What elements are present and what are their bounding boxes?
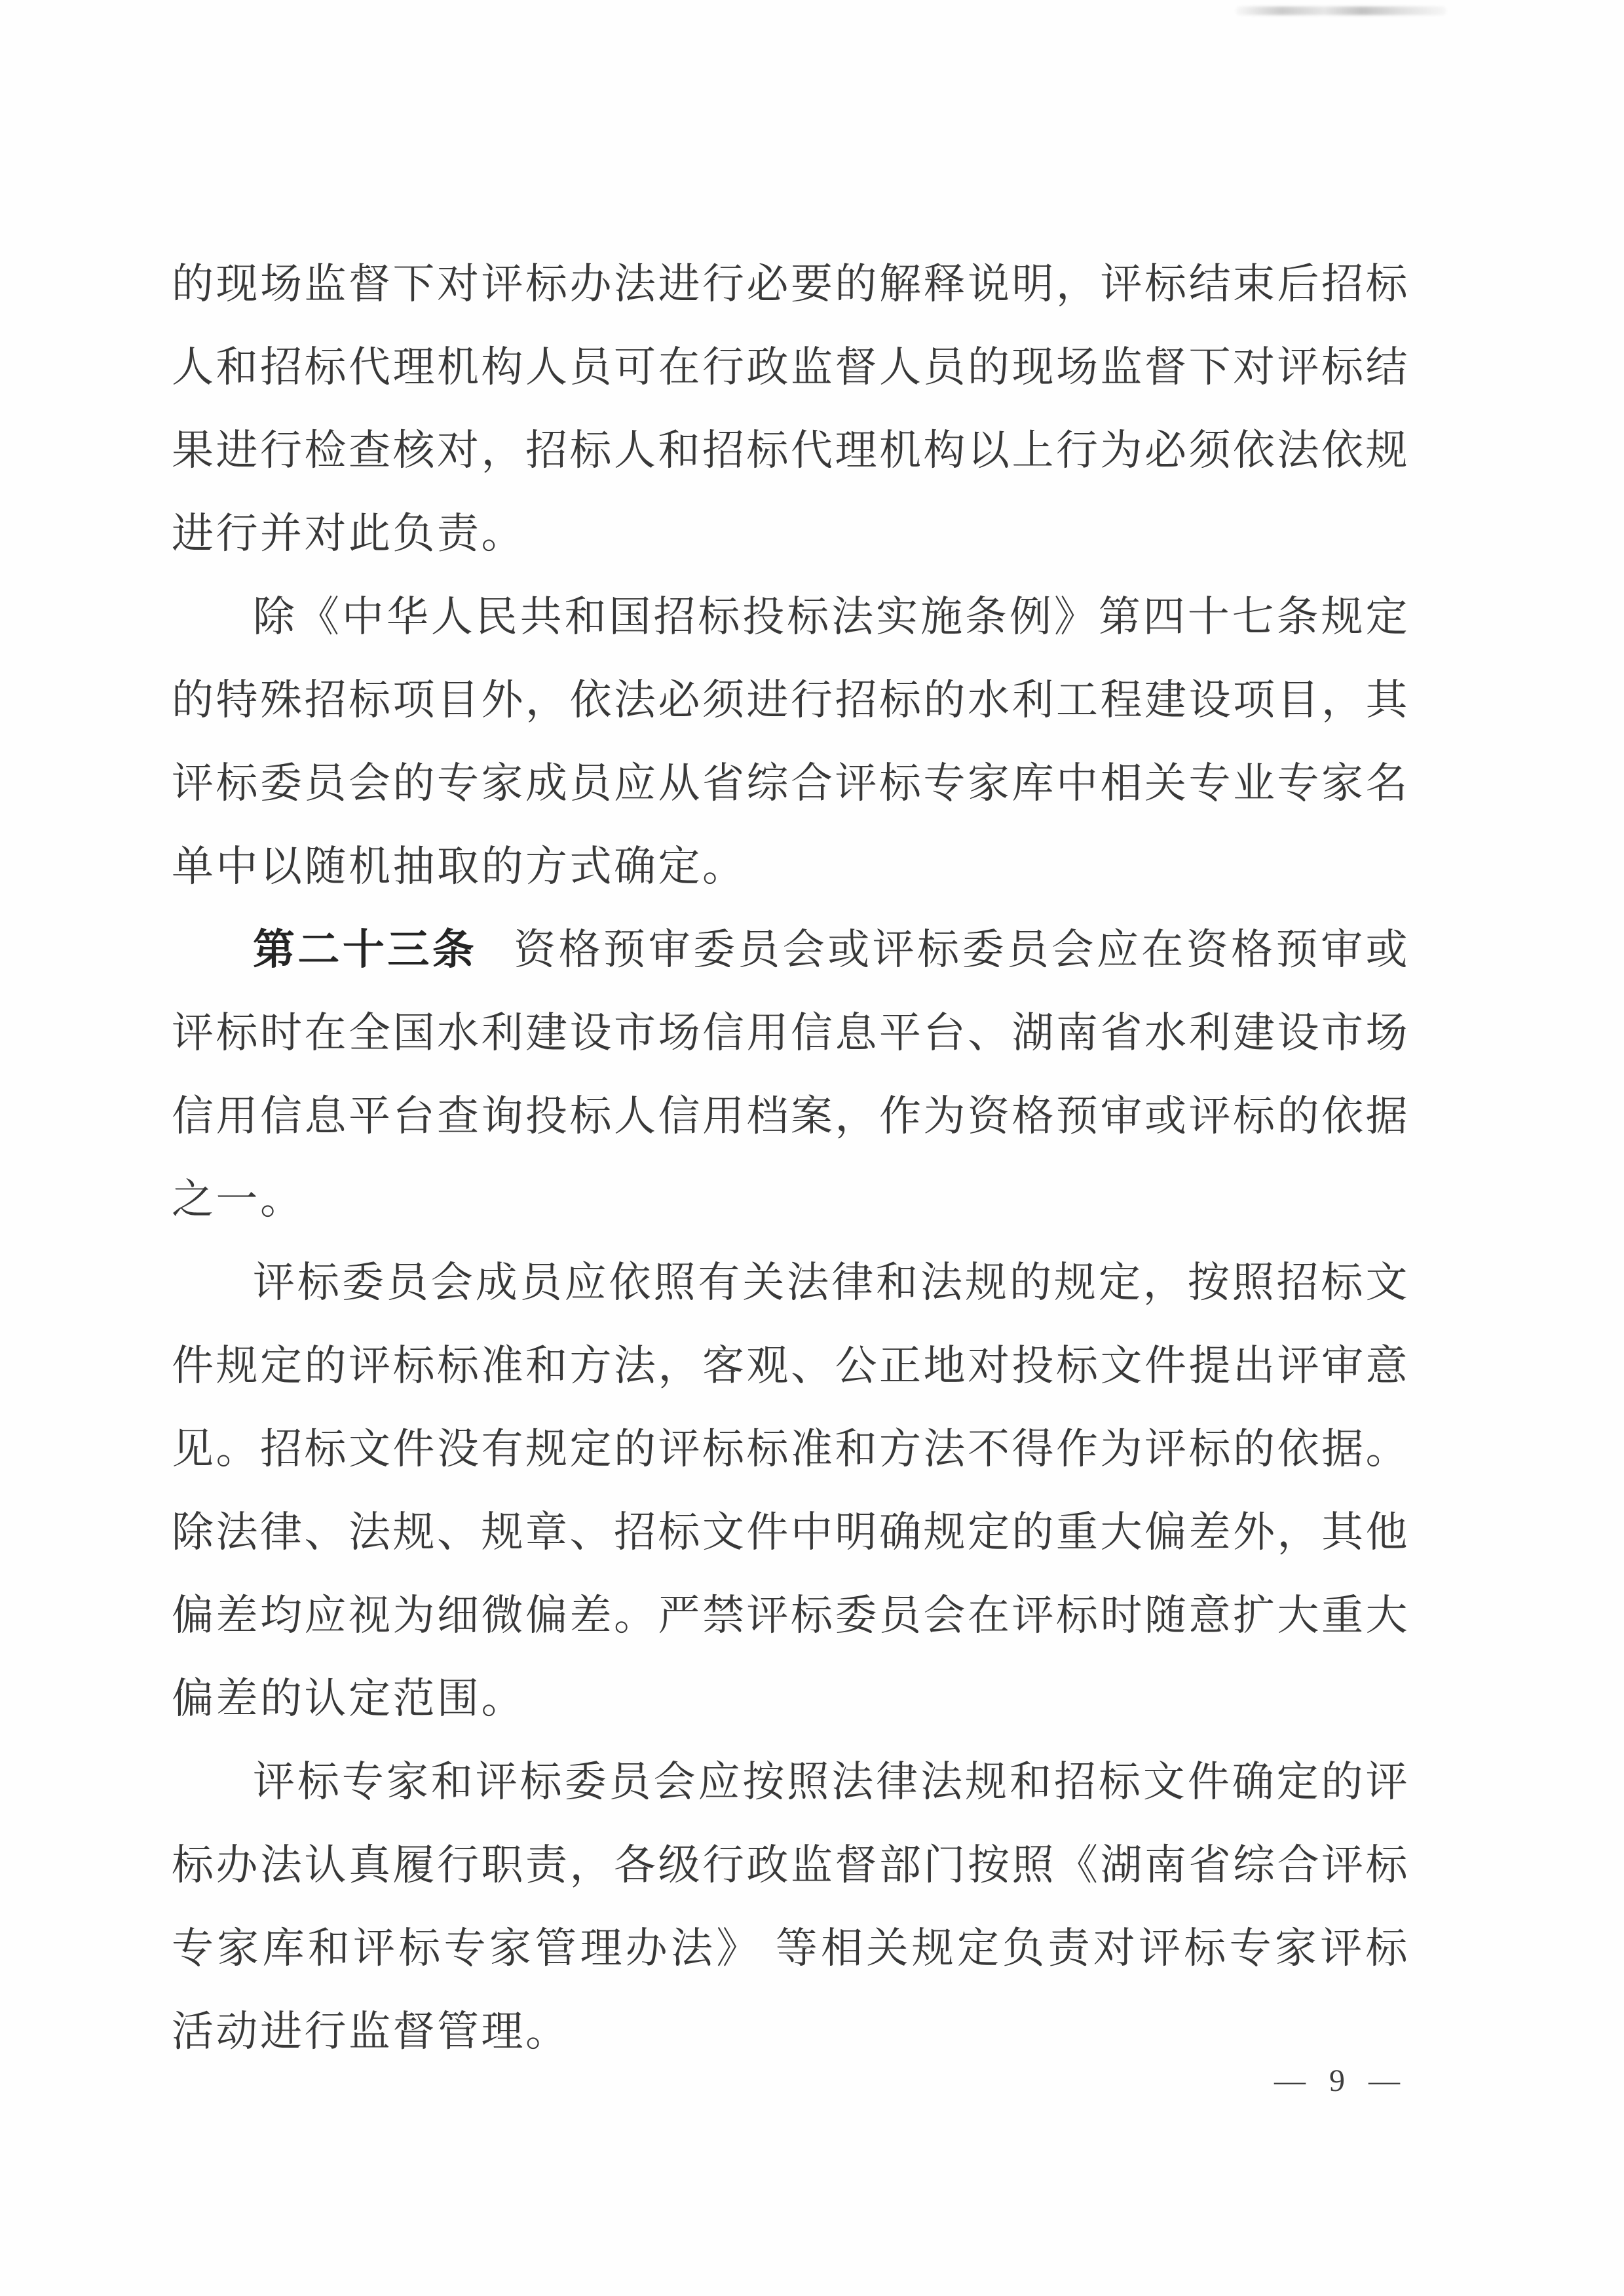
paragraph-text: 的现场监督下对评标办法进行必要的解释说明，评标结束后招标人和招标代理机构人员可在…	[172, 261, 1410, 557]
scan-artifact-smudge	[1236, 7, 1446, 15]
page-number: — 9 —	[1274, 2061, 1408, 2101]
paragraph-continuation: 的现场监督下对评标办法进行必要的解释说明，评标结束后招标人和招标代理机构人员可在…	[172, 242, 1410, 575]
paragraph-text: 除《中华人民共和国招标投标法实施条例》第四十七条规定的特殊招标项目外，依法必须进…	[172, 594, 1410, 890]
article-number-label: 第二十三条	[253, 927, 477, 973]
paragraph: 评标委员会成员应依照有关法律和法规的规定，按照招标文件规定的评标标准和方法，客观…	[172, 1241, 1410, 1740]
paragraph: 除《中华人民共和国招标投标法实施条例》第四十七条规定的特殊招标项目外，依法必须进…	[172, 575, 1410, 908]
paragraph-text: 评标委员会成员应依照有关法律和法规的规定，按照招标文件规定的评标标准和方法，客观…	[172, 1259, 1410, 1722]
paragraph-article-23: 第二十三条资格预审委员会或评标委员会应在资格预审或评标时在全国水利建设市场信用信…	[172, 908, 1410, 1241]
scanned-document-page: 的现场监督下对评标办法进行必要的解释说明，评标结束后招标人和招标代理机构人员可在…	[0, 0, 1624, 2296]
paragraph: 评标专家和评标委员会应按照法律法规和招标文件确定的评标办法认真履行职责，各级行政…	[172, 1740, 1410, 2073]
paragraph-text: 评标专家和评标委员会应按照法律法规和招标文件确定的评标办法认真履行职责，各级行政…	[172, 1759, 1410, 2055]
document-body: 的现场监督下对评标办法进行必要的解释说明，评标结束后招标人和招标代理机构人员可在…	[172, 242, 1410, 2073]
